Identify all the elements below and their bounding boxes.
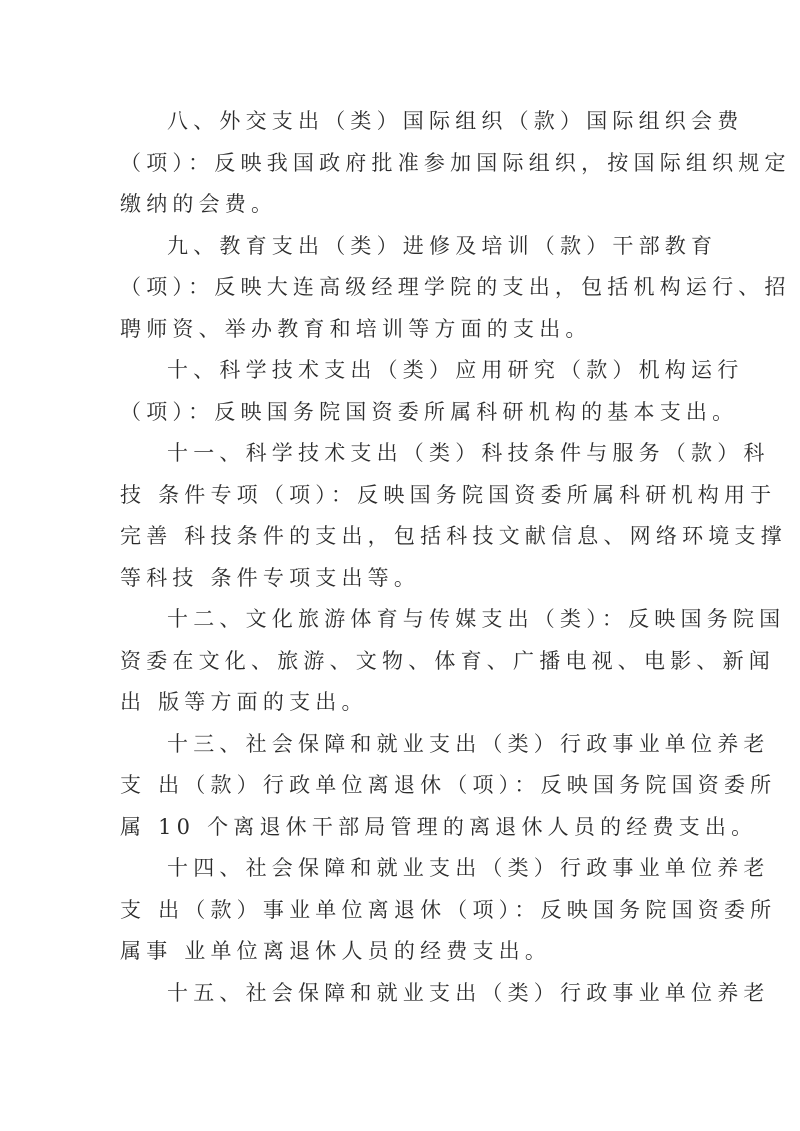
paragraph-line: 支 出（款）行政单位离退休（项）：反映国务院国资委所 <box>120 765 680 807</box>
paragraph-line: 聘师资、举办教育和培训等方面的支出。 <box>120 309 680 351</box>
paragraph-line: 十五、社会保障和就业支出（类）行政事业单位养老 <box>120 973 680 1015</box>
paragraph-item-11: 十一、科学技术支出（类）科技条件与服务（款）科 技 条件专项（项）：反映国务院国… <box>120 433 680 599</box>
paragraph-line: 十二、文化旅游体育与传媒支出（类）：反映国务院国 <box>120 599 680 641</box>
paragraph-line: （项）：反映国务院国资委所属科研机构的基本支出。 <box>120 392 680 434</box>
paragraph-item-14: 十四、社会保障和就业支出（类）行政事业单位养老 支 出（款）事业单位离退休（项）… <box>120 848 680 973</box>
paragraph-line: 缴纳的会费。 <box>120 184 680 226</box>
paragraph-line: 等科技 条件专项支出等。 <box>120 558 680 600</box>
paragraph-item-9: 九、教育支出（类）进修及培训（款）干部教育 （项）：反映大连高级经理学院的支出，… <box>120 226 680 351</box>
paragraph-line: （项）：反映大连高级经理学院的支出，包括机构运行、招 <box>120 267 680 309</box>
paragraph-line: （项）：反映我国政府批准参加国际组织，按国际组织规定 <box>120 143 680 185</box>
paragraph-line: 出 版等方面的支出。 <box>120 682 680 724</box>
paragraph-line: 九、教育支出（类）进修及培训（款）干部教育 <box>120 226 680 268</box>
paragraph-line: 支 出（款）事业单位离退休（项）：反映国务院国资委所 <box>120 890 680 932</box>
paragraph-line: 十、科学技术支出（类）应用研究（款）机构运行 <box>120 350 680 392</box>
document-body: 八、外交支出（类）国际组织（款）国际组织会费 （项）：反映我国政府批准参加国际组… <box>120 101 680 1014</box>
paragraph-item-13: 十三、社会保障和就业支出（类）行政事业单位养老 支 出（款）行政单位离退休（项）… <box>120 724 680 849</box>
document-page: 八、外交支出（类）国际组织（款）国际组织会费 （项）：反映我国政府批准参加国际组… <box>0 0 800 1131</box>
paragraph-line: 十四、社会保障和就业支出（类）行政事业单位养老 <box>120 848 680 890</box>
paragraph-item-10: 十、科学技术支出（类）应用研究（款）机构运行 （项）：反映国务院国资委所属科研机… <box>120 350 680 433</box>
paragraph-item-12: 十二、文化旅游体育与传媒支出（类）：反映国务院国 资委在文化、旅游、文物、体育、… <box>120 599 680 724</box>
paragraph-item-8: 八、外交支出（类）国际组织（款）国际组织会费 （项）：反映我国政府批准参加国际组… <box>120 101 680 226</box>
paragraph-line: 资委在文化、旅游、文物、体育、广播电视、电影、新闻 <box>120 641 680 683</box>
paragraph-line: 完善 科技条件的支出，包括科技文献信息、网络环境支撑 <box>120 516 680 558</box>
paragraph-line: 八、外交支出（类）国际组织（款）国际组织会费 <box>120 101 680 143</box>
paragraph-line: 十一、科学技术支出（类）科技条件与服务（款）科 <box>120 433 680 475</box>
paragraph-line: 技 条件专项（项）：反映国务院国资委所属科研机构用于 <box>120 475 680 517</box>
paragraph-line: 属事 业单位离退休人员的经费支出。 <box>120 931 680 973</box>
paragraph-line: 属 10 个离退休干部局管理的离退休人员的经费支出。 <box>120 807 680 849</box>
paragraph-line: 十三、社会保障和就业支出（类）行政事业单位养老 <box>120 724 680 766</box>
paragraph-item-15: 十五、社会保障和就业支出（类）行政事业单位养老 <box>120 973 680 1015</box>
